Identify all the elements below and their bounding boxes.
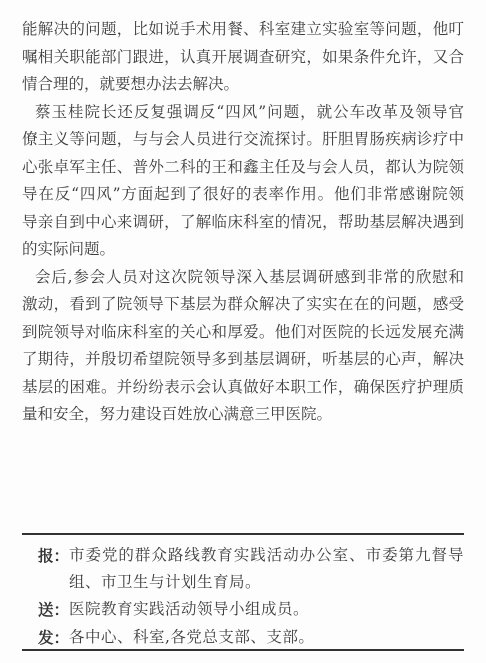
footer-content-fa: 各中心、科室,各党总支部、支部。 — [69, 624, 464, 651]
text-line: 了期待，并殷切希望院领导多到基层调研，听基层的心声，解决 — [22, 346, 464, 374]
footer-entry-fa: 发： 各中心、科室,各党总支部、支部。 — [38, 624, 464, 651]
text-line: 到院领导对临床科室的关心和厚爱。他们对医院的长远发展充满 — [22, 319, 464, 347]
footer-label-fa: 发： — [38, 624, 69, 651]
text-line: 的实际问题。 — [22, 236, 464, 264]
text-line: 组、市卫生与计划生育局。 — [69, 569, 464, 596]
footer-separator-top — [22, 533, 464, 535]
text-line: 会后,参会人员对这次院领导深入基层调研感到非常的欣慰和 — [22, 264, 464, 292]
text-line: 情合理的，就要想办法去解决。 — [22, 71, 464, 99]
paragraph-3: 会后,参会人员对这次院领导深入基层调研感到非常的欣慰和 激动，看到了院领导下基层… — [22, 264, 464, 429]
footer-entry-song: 送： 医院教育实践活动领导小组成员。 — [38, 596, 464, 623]
paragraph-2: 蔡玉桂院长还反复强调反“四风”问题，就公车改革及领导官 僚主义等问题，与与会人员… — [22, 99, 464, 264]
body-text: 能解决的问题，比如说手术用餐、科室建立实验室等问题，他叮 嘱相关职能部门跟进，认… — [22, 16, 464, 429]
distribution-footer: 报： 市委党的群众路线教育实践活动办公室、市委第九督导 组、市卫生与计划生育局。… — [38, 542, 464, 651]
text-line: 医院教育实践活动领导小组成员。 — [69, 596, 464, 623]
footer-label-bao: 报： — [38, 542, 69, 569]
text-line: 僚主义等问题，与与会人员进行交流探讨。肝胆胃肠疾病诊疗中 — [22, 126, 464, 154]
document-page: 能解决的问题，比如说手术用餐、科室建立实验室等问题，他叮 嘱相关职能部门跟进，认… — [0, 0, 486, 663]
text-line: 蔡玉桂院长还反复强调反“四风”问题，就公车改革及领导官 — [22, 99, 464, 127]
text-line: 能解决的问题，比如说手术用餐、科室建立实验室等问题，他叮 — [22, 16, 464, 44]
text-line: 各中心、科室,各党总支部、支部。 — [69, 624, 464, 651]
footer-content-song: 医院教育实践活动领导小组成员。 — [69, 596, 464, 623]
text-line: 嘱相关职能部门跟进，认真开展调查研究，如果条件允许，又合 — [22, 44, 464, 72]
footer-label-song: 送： — [38, 596, 69, 623]
text-line: 市委党的群众路线教育实践活动办公室、市委第九督导 — [69, 542, 464, 569]
text-line: 导在反“四风”方面起到了很好的表率作用。他们非常感谢院领 — [22, 181, 464, 209]
footer-content-bao: 市委党的群众路线教育实践活动办公室、市委第九督导 组、市卫生与计划生育局。 — [69, 542, 464, 596]
text-line: 基层的困难。并纷纷表示会认真做好本职工作，确保医疗护理质 — [22, 374, 464, 402]
text-line: 激动，看到了院领导下基层为群众解决了实实在在的问题，感受 — [22, 291, 464, 319]
text-line: 量和安全，努力建设百姓放心满意三甲医院。 — [22, 401, 464, 429]
footer-entry-bao: 报： 市委党的群众路线教育实践活动办公室、市委第九督导 组、市卫生与计划生育局。 — [38, 542, 464, 596]
paragraph-1: 能解决的问题，比如说手术用餐、科室建立实验室等问题，他叮 嘱相关职能部门跟进，认… — [22, 16, 464, 99]
text-line: 导亲自到中心来调研，了解临床科室的情况，帮助基层解决遇到 — [22, 209, 464, 237]
text-line: 心张卓军主任、普外二科的王和鑫主任及与会人员，都认为院领 — [22, 154, 464, 182]
footer-separator-bottom — [22, 649, 464, 651]
